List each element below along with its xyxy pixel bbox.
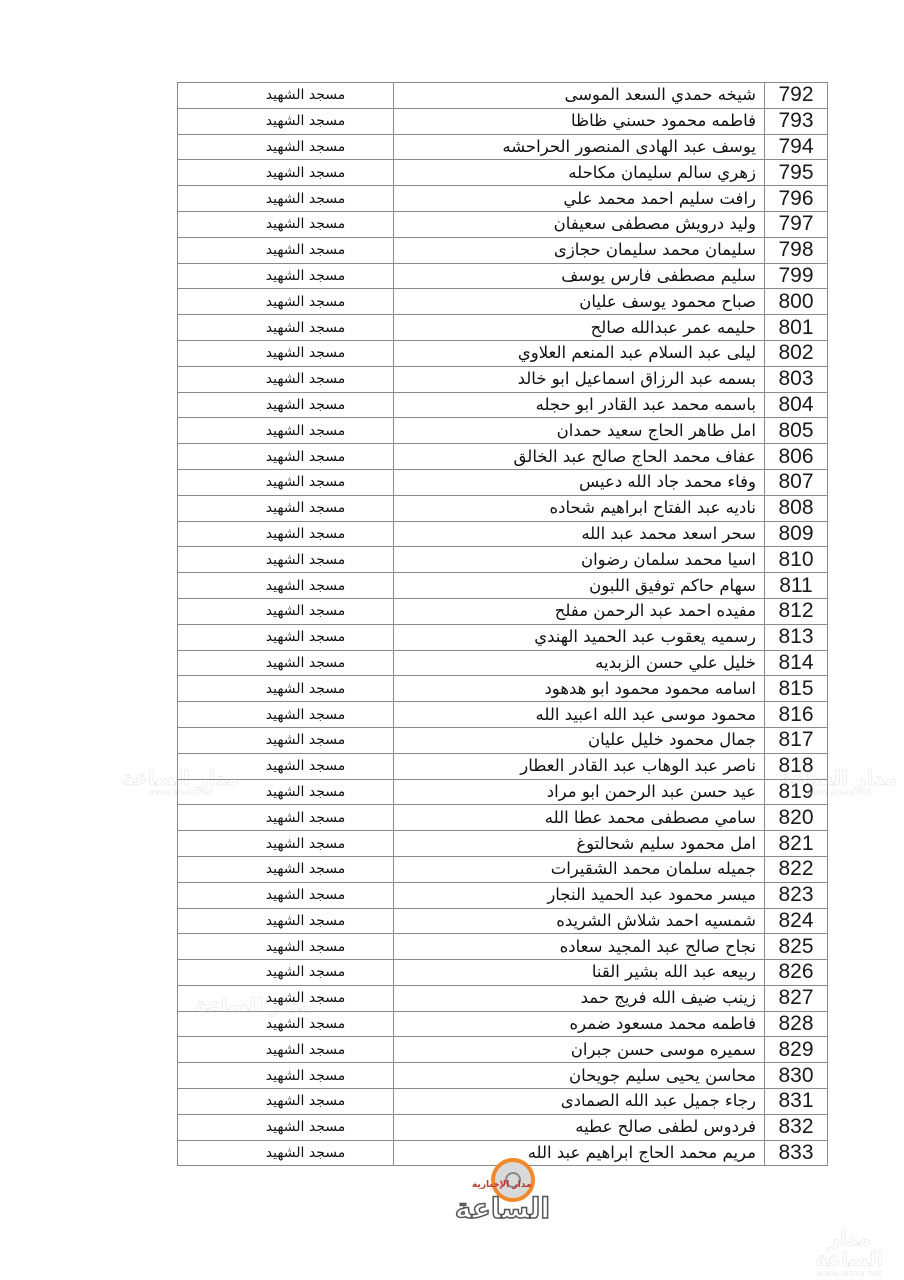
watermark-center-left: مدار الساعة [195, 995, 312, 1016]
row-number: 807 [765, 469, 828, 495]
row-number: 823 [765, 882, 828, 908]
location-name: مسجد الشهيد [178, 108, 394, 134]
person-name: سليم مصطفى فارس يوسف [394, 263, 765, 289]
row-number: 797 [765, 211, 828, 237]
location-name: مسجد الشهيد [178, 237, 394, 263]
person-name: سميره موسى حسن جبران [394, 1037, 765, 1063]
table-row: 819عيد حسن عبد الرحمن ابو مرادمسجد الشهي… [178, 779, 828, 805]
person-name: امل طاهر الحاج سعيد حمدان [394, 418, 765, 444]
person-name: ربيعه عبد الله بشير القنا [394, 960, 765, 986]
person-name: سليمان محمد سليمان حجازى [394, 237, 765, 263]
location-name: مسجد الشهيد [178, 1140, 394, 1166]
person-name: رجاء جميل عبد الله الصمادى [394, 1089, 765, 1115]
table-row: 804باسمه محمد عبد القادر ابو حجلهمسجد ال… [178, 392, 828, 418]
table-row: 808ناديه عبد الفتاح ابراهيم شحادهمسجد ال… [178, 495, 828, 521]
location-name: مسجد الشهيد [178, 598, 394, 624]
row-number: 809 [765, 521, 828, 547]
watermark-url: www.alsaa.net [122, 789, 239, 798]
table-row: 793فاطمه محمود حسني ظاظامسجد الشهيد [178, 108, 828, 134]
row-number: 806 [765, 444, 828, 470]
watermark-url: www.alsaa.net [780, 789, 897, 798]
location-name: مسجد الشهيد [178, 392, 394, 418]
location-name: مسجد الشهيد [178, 211, 394, 237]
location-name: مسجد الشهيد [178, 856, 394, 882]
row-number: 796 [765, 186, 828, 212]
table-row: 815اسامه محمود محمود ابو هدهودمسجد الشهي… [178, 676, 828, 702]
table-row: 831رجاء جميل عبد الله الصمادىمسجد الشهيد [178, 1089, 828, 1115]
logo-tagline: مدار الإخبارية [472, 1180, 532, 1190]
table-row: 820سامي مصطفى محمد عطا اللهمسجد الشهيد [178, 805, 828, 831]
person-name: ميسر محمود عبد الحميد النجار [394, 882, 765, 908]
table-row: 810اسيا محمد سلمان رضوانمسجد الشهيد [178, 547, 828, 573]
location-name: مسجد الشهيد [178, 882, 394, 908]
watermark-right: مدار الساعة www.alsaa.net [780, 768, 897, 798]
table-row: 816محمود موسى عبد الله اعبيد اللهمسجد ال… [178, 702, 828, 728]
person-name: ناصر عبد الوهاب عبد القادر العطار [394, 753, 765, 779]
person-name: عفاف محمد الحاج صالح عبد الخالق [394, 444, 765, 470]
person-name: اسيا محمد سلمان رضوان [394, 547, 765, 573]
person-name: صباح محمود يوسف عليان [394, 289, 765, 315]
table-row: 823ميسر محمود عبد الحميد النجارمسجد الشه… [178, 882, 828, 908]
table-row: 832فردوس لطفى صالح عطيهمسجد الشهيد [178, 1114, 828, 1140]
table-row: 806عفاف محمد الحاج صالح عبد الخالقمسجد ا… [178, 444, 828, 470]
row-number: 826 [765, 960, 828, 986]
table-row: 811سهام حاكم توفيق اللبونمسجد الشهيد [178, 573, 828, 599]
table-row: 821امل محمود سليم شحالتوغمسجد الشهيد [178, 831, 828, 857]
table-row: 798سليمان محمد سليمان حجازىمسجد الشهيد [178, 237, 828, 263]
location-name: مسجد الشهيد [178, 624, 394, 650]
person-name: ناديه عبد الفتاح ابراهيم شحاده [394, 495, 765, 521]
row-number: 812 [765, 598, 828, 624]
table-row: 794يوسف عبد الهادى المنصور الحراحشهمسجد … [178, 134, 828, 160]
person-name: سهام حاكم توفيق اللبون [394, 573, 765, 599]
table-row: 826ربيعه عبد الله بشير القنامسجد الشهيد [178, 960, 828, 986]
location-name: مسجد الشهيد [178, 134, 394, 160]
person-name: فاطمه محمود حسني ظاظا [394, 108, 765, 134]
row-number: 831 [765, 1089, 828, 1115]
row-number: 829 [765, 1037, 828, 1063]
location-name: مسجد الشهيد [178, 831, 394, 857]
person-name: شيخه حمدي السعد الموسى [394, 83, 765, 109]
person-name: شمسيه احمد شلاش الشريده [394, 908, 765, 934]
row-number: 817 [765, 727, 828, 753]
location-name: مسجد الشهيد [178, 960, 394, 986]
table-row: 824شمسيه احمد شلاش الشريدهمسجد الشهيد [178, 908, 828, 934]
location-name: مسجد الشهيد [178, 1114, 394, 1140]
person-name: محاسن يحيى سليم جويحان [394, 1063, 765, 1089]
row-number: 830 [765, 1063, 828, 1089]
table-row: 813رسميه يعقوب عبد الحميد الهنديمسجد الش… [178, 624, 828, 650]
table-row: 814خليل علي حسن الزبديهمسجد الشهيد [178, 650, 828, 676]
site-logo: مدار الإخبارية الساعة [472, 1158, 550, 1240]
table-row: 792شيخه حمدي السعد الموسىمسجد الشهيد [178, 83, 828, 109]
row-number: 814 [765, 650, 828, 676]
row-number: 808 [765, 495, 828, 521]
person-name: امل محمود سليم شحالتوغ [394, 831, 765, 857]
row-number: 833 [765, 1140, 828, 1166]
table-row: 830محاسن يحيى سليم جويحانمسجد الشهيد [178, 1063, 828, 1089]
row-number: 802 [765, 340, 828, 366]
row-number: 821 [765, 831, 828, 857]
location-name: مسجد الشهيد [178, 521, 394, 547]
table-row: 795زهري سالم سليمان مكاحلهمسجد الشهيد [178, 160, 828, 186]
location-name: مسجد الشهيد [178, 366, 394, 392]
table-row: 812مفيده احمد عبد الرحمن مفلحمسجد الشهيد [178, 598, 828, 624]
location-name: مسجد الشهيد [178, 547, 394, 573]
table-row: 807وفاء محمد جاد الله دعيسمسجد الشهيد [178, 469, 828, 495]
location-name: مسجد الشهيد [178, 1089, 394, 1115]
person-name: حليمه عمر عبدالله صالح [394, 315, 765, 341]
row-number: 815 [765, 676, 828, 702]
location-name: مسجد الشهيد [178, 469, 394, 495]
person-name: اسامه محمود محمود ابو هدهود [394, 676, 765, 702]
table-row: 818ناصر عبد الوهاب عبد القادر العطارمسجد… [178, 753, 828, 779]
person-name: جميله سلمان محمد الشقيرات [394, 856, 765, 882]
location-name: مسجد الشهيد [178, 495, 394, 521]
table-row: 799سليم مصطفى فارس يوسفمسجد الشهيد [178, 263, 828, 289]
row-number: 793 [765, 108, 828, 134]
row-number: 822 [765, 856, 828, 882]
location-name: مسجد الشهيد [178, 727, 394, 753]
row-number: 827 [765, 985, 828, 1011]
row-number: 792 [765, 83, 828, 109]
row-number: 825 [765, 934, 828, 960]
person-name: مريم محمد الحاج ابراهيم عبد الله [394, 1140, 765, 1166]
table-row: 801حليمه عمر عبدالله صالحمسجد الشهيد [178, 315, 828, 341]
row-number: 794 [765, 134, 828, 160]
person-name: سحر اسعد محمد عبد الله [394, 521, 765, 547]
row-number: 800 [765, 289, 828, 315]
row-number: 820 [765, 805, 828, 831]
person-name: زينب ضيف الله فريج حمد [394, 985, 765, 1011]
table-row: 803بسمه عبد الرزاق اسماعيل ابو خالدمسجد … [178, 366, 828, 392]
location-name: مسجد الشهيد [178, 702, 394, 728]
person-name: رسميه يعقوب عبد الحميد الهندي [394, 624, 765, 650]
location-name: مسجد الشهيد [178, 934, 394, 960]
location-name: مسجد الشهيد [178, 444, 394, 470]
location-name: مسجد الشهيد [178, 650, 394, 676]
location-name: مسجد الشهيد [178, 289, 394, 315]
location-name: مسجد الشهيد [178, 1063, 394, 1089]
logo-brand: الساعة [472, 1192, 550, 1225]
row-number: 832 [765, 1114, 828, 1140]
watermark-brand: مدار الساعة [195, 995, 312, 1016]
person-name: نجاح صالح عبد المجيد سعاده [394, 934, 765, 960]
person-name: ليلى عبد السلام عبد المنعم العلاوي [394, 340, 765, 366]
person-name: رافت سليم احمد محمد علي [394, 186, 765, 212]
location-name: مسجد الشهيد [178, 186, 394, 212]
table-row: 802ليلى عبد السلام عبد المنعم العلاويمسج… [178, 340, 828, 366]
watermark-left: مدار الساعة www.alsaa.net [122, 768, 239, 798]
watermark-brand: مدار الساعة [795, 1228, 904, 1270]
person-name: سامي مصطفى محمد عطا الله [394, 805, 765, 831]
location-name: مسجد الشهيد [178, 676, 394, 702]
row-number: 803 [765, 366, 828, 392]
location-name: مسجد الشهيد [178, 1037, 394, 1063]
watermark-brand: مدار الساعة [122, 768, 239, 789]
location-name: مسجد الشهيد [178, 160, 394, 186]
row-number: 824 [765, 908, 828, 934]
person-name: عيد حسن عبد الرحمن ابو مراد [394, 779, 765, 805]
person-name: فردوس لطفى صالح عطيه [394, 1114, 765, 1140]
location-name: مسجد الشهيد [178, 908, 394, 934]
person-name: فاطمه محمد مسعود ضمره [394, 1011, 765, 1037]
document-page: 792شيخه حمدي السعد الموسىمسجد الشهيد793ف… [0, 0, 904, 1280]
watermark-bottom-right: مدار الساعة www.alsaa.net [795, 1228, 904, 1279]
row-number: 811 [765, 573, 828, 599]
location-name: مسجد الشهيد [178, 315, 394, 341]
watermark-url: www.alsaa.net [795, 1270, 904, 1279]
row-number: 813 [765, 624, 828, 650]
table-row: 800صباح محمود يوسف عليانمسجد الشهيد [178, 289, 828, 315]
table-row: 797وليد درويش مصطفى سعيفانمسجد الشهيد [178, 211, 828, 237]
table-row: 805امل طاهر الحاج سعيد حمدانمسجد الشهيد [178, 418, 828, 444]
person-name: خليل علي حسن الزبديه [394, 650, 765, 676]
table-row: 817جمال محمود خليل عليانمسجد الشهيد [178, 727, 828, 753]
location-name: مسجد الشهيد [178, 805, 394, 831]
table-row: 796رافت سليم احمد محمد عليمسجد الشهيد [178, 186, 828, 212]
person-name: وفاء محمد جاد الله دعيس [394, 469, 765, 495]
person-name: محمود موسى عبد الله اعبيد الله [394, 702, 765, 728]
person-name: وليد درويش مصطفى سعيفان [394, 211, 765, 237]
row-number: 795 [765, 160, 828, 186]
row-number: 801 [765, 315, 828, 341]
person-name: يوسف عبد الهادى المنصور الحراحشه [394, 134, 765, 160]
location-name: مسجد الشهيد [178, 83, 394, 109]
location-name: مسجد الشهيد [178, 263, 394, 289]
person-name: باسمه محمد عبد القادر ابو حجله [394, 392, 765, 418]
table-row: 822جميله سلمان محمد الشقيراتمسجد الشهيد [178, 856, 828, 882]
location-name: مسجد الشهيد [178, 418, 394, 444]
person-name: بسمه عبد الرزاق اسماعيل ابو خالد [394, 366, 765, 392]
row-number: 816 [765, 702, 828, 728]
person-name: مفيده احمد عبد الرحمن مفلح [394, 598, 765, 624]
location-name: مسجد الشهيد [178, 573, 394, 599]
row-number: 828 [765, 1011, 828, 1037]
table-row: 829سميره موسى حسن جبرانمسجد الشهيد [178, 1037, 828, 1063]
row-number: 805 [765, 418, 828, 444]
person-name: جمال محمود خليل عليان [394, 727, 765, 753]
row-number: 804 [765, 392, 828, 418]
table-row: 825نجاح صالح عبد المجيد سعادهمسجد الشهيد [178, 934, 828, 960]
person-name: زهري سالم سليمان مكاحله [394, 160, 765, 186]
row-number: 799 [765, 263, 828, 289]
row-number: 810 [765, 547, 828, 573]
location-name: مسجد الشهيد [178, 340, 394, 366]
row-number: 798 [765, 237, 828, 263]
table-row: 809سحر اسعد محمد عبد اللهمسجد الشهيد [178, 521, 828, 547]
watermark-brand: مدار الساعة [780, 768, 897, 789]
